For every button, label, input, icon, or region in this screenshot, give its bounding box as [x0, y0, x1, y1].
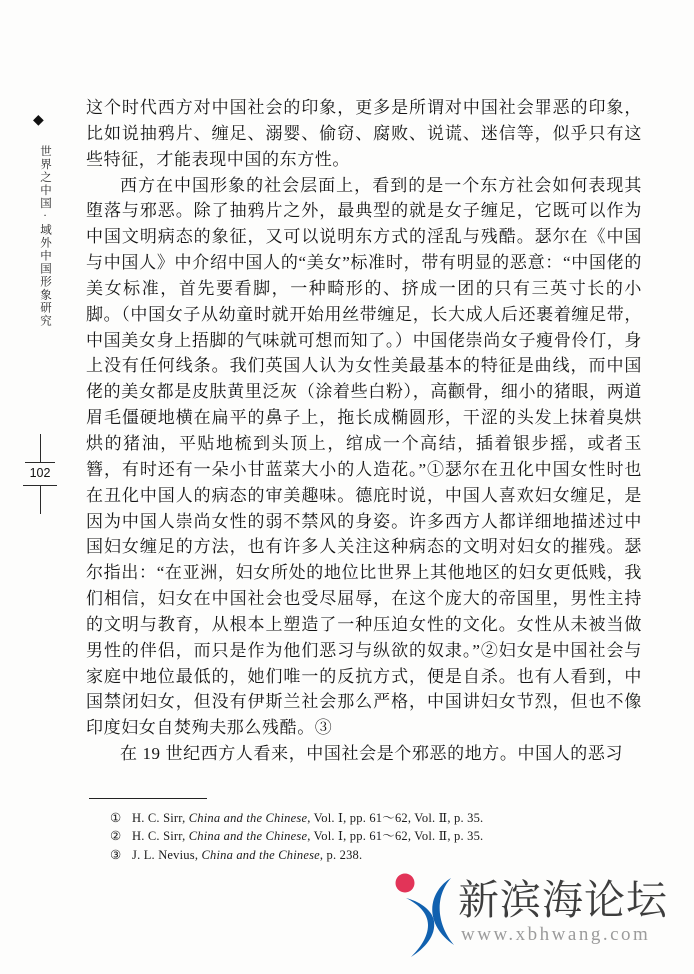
footnote-text: H. C. Sirr, [132, 829, 189, 843]
body-text: 这个时代西方对中国社会的印象，更多是所谓对中国社会罪恶的印象，比如说抽鸦片、缠足… [86, 95, 642, 767]
scanned-book-page: ◆ 世界之中国·域外中国形象研究 102 这个时代西方对中国社会的印象，更多是所… [0, 0, 694, 974]
page-marker-line-bottom [40, 486, 41, 514]
watermark: 新滨海论坛 www.xbhwang.com [388, 868, 688, 964]
watermark-site-url: www.xbhwang.com [461, 925, 650, 944]
footnote-book-title: China and the Chinese [189, 829, 307, 843]
logo-right-crescent [432, 878, 454, 945]
logo-left-swoosh [406, 898, 434, 957]
footnote-separator-rule [89, 798, 207, 799]
paragraph: 在 19 世纪西方人看来，中国社会是个邪恶的地方。中国人的恶习 [86, 741, 642, 767]
logo-red-dot [396, 874, 415, 893]
footnote-marker: ② [110, 827, 132, 845]
footnote-text: J. L. Nevius, [132, 848, 201, 862]
page-number-marker: 102 [20, 434, 60, 514]
footnote-marker: ③ [110, 846, 132, 864]
paragraph: 这个时代西方对中国社会的印象，更多是所谓对中国社会罪恶的印象，比如说抽鸦片、缠足… [86, 95, 642, 173]
footnote-text: , Vol. Ⅰ, pp. 61～62, Vol. Ⅱ, p. 35. [307, 829, 483, 843]
footnote-text: , p. 238. [320, 848, 362, 862]
footnote-text: H. C. Sirr, [132, 811, 189, 825]
watermark-site-name: 新滨海论坛 [458, 880, 668, 921]
sidebar-series-title: 世界之中国·域外中国形象研究 [37, 145, 53, 328]
footnote-marker: ① [110, 809, 132, 827]
page-marker-line-top [40, 434, 41, 462]
footnote-book-title: China and the Chinese [201, 848, 319, 862]
footnote: ②H. C. Sirr, China and the Chinese, Vol.… [88, 827, 644, 845]
footnote-text: , Vol. Ⅰ, pp. 61～62, Vol. Ⅱ, p. 35. [307, 811, 483, 825]
footnote: ①H. C. Sirr, China and the Chinese, Vol.… [88, 809, 644, 827]
footnote-book-title: China and the Chinese [189, 811, 307, 825]
page-number: 102 [20, 463, 60, 485]
paragraph: 西方在中国形象的社会层面上，看到的是一个东方社会如何表现其堕落与邪恶。除了抽鸦片… [86, 173, 642, 742]
diamond-icon: ◆ [33, 114, 44, 128]
footnotes-section: ①H. C. Sirr, China and the Chinese, Vol.… [88, 798, 644, 864]
footnote: ③J. L. Nevius, China and the Chinese, p.… [88, 846, 644, 864]
